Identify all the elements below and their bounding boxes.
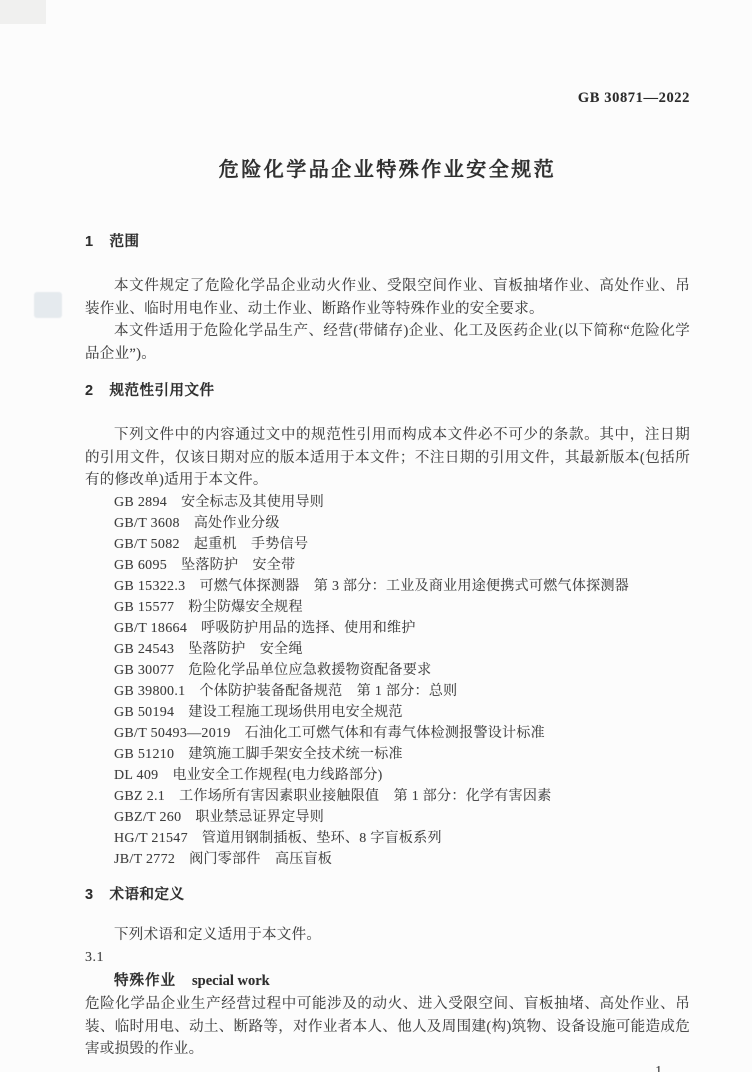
reference-item: GB 6095坠落防护 安全带 — [114, 555, 690, 576]
reference-item: GB 24543坠落防护 安全绳 — [114, 639, 690, 660]
reference-item: GB/T 5082起重机 手势信号 — [114, 534, 690, 555]
reference-code: GB 51210 — [114, 744, 174, 765]
term-name-chinese: 特殊作业 — [114, 973, 176, 989]
reference-code: JB/T 2772 — [114, 849, 175, 870]
document-title: 危险化学品企业特殊作业安全规范 — [85, 153, 690, 182]
reference-item: GB/T 50493—2019石油化工可燃气体和有毒气体检测报警设计标准 — [114, 723, 690, 744]
reference-title: 危险化学品单位应急救援物资配备要求 — [188, 663, 431, 678]
reference-item: GB 2894安全标志及其使用导则 — [114, 492, 690, 513]
reference-code: GBZ/T 260 — [114, 807, 181, 828]
reference-code: GB 15322.3 — [114, 576, 185, 597]
reference-item: GB 39800.1个体防护装备配备规范 第 1 部分：总则 — [114, 681, 690, 702]
section-3-intro: 下列术语和定义适用于本文件。 — [85, 924, 690, 947]
section-1-title: 范围 — [110, 234, 140, 250]
term-name-english: special work — [192, 973, 270, 989]
reference-title: 石油化工可燃气体和有毒气体检测报警设计标准 — [245, 726, 545, 741]
reference-item: DL 409电业安全工作规程(电力线路部分) — [114, 765, 690, 786]
reference-item: GB/T 3608高处作业分级 — [114, 513, 690, 534]
reference-title: 建筑施工脚手架安全技术统一标准 — [188, 747, 403, 762]
reference-item: GB 30077危险化学品单位应急救援物资配备要求 — [114, 660, 690, 681]
section-3-title: 术语和定义 — [110, 887, 185, 903]
page-number: 1 — [85, 1063, 690, 1072]
reference-code: GB 30077 — [114, 660, 174, 681]
reference-item: GB 51210建筑施工脚手架安全技术统一标准 — [114, 744, 690, 765]
reference-code: GB 6095 — [114, 555, 167, 576]
term-clause-number: 3.1 — [85, 947, 690, 969]
normative-reference-list: GB 2894安全标志及其使用导则 GB/T 3608高处作业分级 GB/T 5… — [114, 492, 690, 870]
page-content: GB 30871—2022 危险化学品企业特殊作业安全规范 1范围 本文件规定了… — [0, 0, 752, 1072]
reference-code: HG/T 21547 — [114, 828, 188, 849]
section-2-intro: 下列文件中的内容通过文中的规范性引用而构成本文件必不可少的条款。其中，注日期的引… — [85, 424, 690, 492]
reference-item: HG/T 21547管道用钢制插板、垫环、8 字盲板系列 — [114, 828, 690, 849]
reference-item: GB/T 18664呼吸防护用品的选择、使用和维护 — [114, 618, 690, 639]
section-2-title: 规范性引用文件 — [110, 383, 215, 399]
reference-item: GB 15577粉尘防爆安全规程 — [114, 597, 690, 618]
section-3-number: 3 — [85, 887, 94, 903]
reference-code: GB 2894 — [114, 492, 167, 513]
reference-title: 工作场所有害因素职业接触限值 第 1 部分：化学有害因素 — [179, 789, 551, 804]
reference-title: 管道用钢制插板、垫环、8 字盲板系列 — [202, 831, 442, 846]
section-1-heading: 1范围 — [85, 230, 690, 251]
reference-title: 职业禁忌证界定导则 — [195, 810, 324, 825]
reference-code: DL 409 — [114, 765, 158, 786]
reference-code: GB 39800.1 — [114, 681, 185, 702]
reference-code: GB/T 5082 — [114, 534, 180, 555]
section-1-paragraph-2: 本文件适用于危险化学品生产、经营(带储存)企业、化工及医药企业(以下简称“危险化… — [85, 320, 690, 365]
reference-code: GBZ 2.1 — [114, 786, 165, 807]
reference-title: 可燃气体探测器 第 3 部分：工业及商业用途便携式可燃气体探测器 — [199, 579, 629, 594]
reference-item: GBZ 2.1工作场所有害因素职业接触限值 第 1 部分：化学有害因素 — [114, 786, 690, 807]
reference-code: GB/T 3608 — [114, 513, 180, 534]
section-1-paragraph-1: 本文件规定了危险化学品企业动火作业、受限空间作业、盲板抽堵作业、高处作业、吊装作… — [85, 275, 690, 320]
reference-title: 呼吸防护用品的选择、使用和维护 — [201, 621, 416, 636]
reference-title: 起重机 手势信号 — [194, 537, 308, 552]
section-2-number: 2 — [85, 383, 94, 399]
term-heading: 特殊作业special work — [114, 969, 690, 993]
term-entry: 3.1 特殊作业special work 危险化学品企业生产经营过程中可能涉及的… — [85, 947, 690, 1061]
reference-code: GB 50194 — [114, 702, 174, 723]
reference-code: GB/T 18664 — [114, 618, 187, 639]
reference-code: GB 15577 — [114, 597, 174, 618]
section-3-heading: 3术语和定义 — [85, 883, 690, 904]
reference-item: GBZ/T 260职业禁忌证界定导则 — [114, 807, 690, 828]
section-2-heading: 2规范性引用文件 — [85, 379, 690, 400]
reference-item: GB 15322.3可燃气体探测器 第 3 部分：工业及商业用途便携式可燃气体探… — [114, 576, 690, 597]
standard-number: GB 30871—2022 — [85, 0, 690, 107]
reference-title: 个体防护装备配备规范 第 1 部分：总则 — [199, 684, 457, 699]
reference-title: 坠落防护 安全绳 — [188, 642, 302, 657]
reference-title: 坠落防护 安全带 — [181, 558, 295, 573]
reference-title: 高处作业分级 — [194, 516, 280, 531]
reference-title: 粉尘防爆安全规程 — [188, 600, 302, 615]
reference-code: GB/T 50493—2019 — [114, 723, 231, 744]
reference-item: JB/T 2772阀门零部件 高压盲板 — [114, 849, 690, 870]
reference-title: 电业安全工作规程(电力线路部分) — [172, 768, 382, 783]
document-page: GB 30871—2022 危险化学品企业特殊作业安全规范 1范围 本文件规定了… — [0, 0, 752, 1072]
reference-item: GB 50194建设工程施工现场供用电安全规范 — [114, 702, 690, 723]
reference-title: 阀门零部件 高压盲板 — [189, 852, 332, 867]
reference-code: GB 24543 — [114, 639, 174, 660]
reference-title: 安全标志及其使用导则 — [181, 495, 324, 510]
reference-title: 建设工程施工现场供用电安全规范 — [188, 705, 403, 720]
term-entries: 3.1 特殊作业special work 危险化学品企业生产经营过程中可能涉及的… — [85, 947, 690, 1061]
section-1-number: 1 — [85, 234, 94, 250]
term-definition: 危险化学品企业生产经营过程中可能涉及的动火、进入受限空间、盲板抽堵、高处作业、吊… — [85, 993, 690, 1061]
